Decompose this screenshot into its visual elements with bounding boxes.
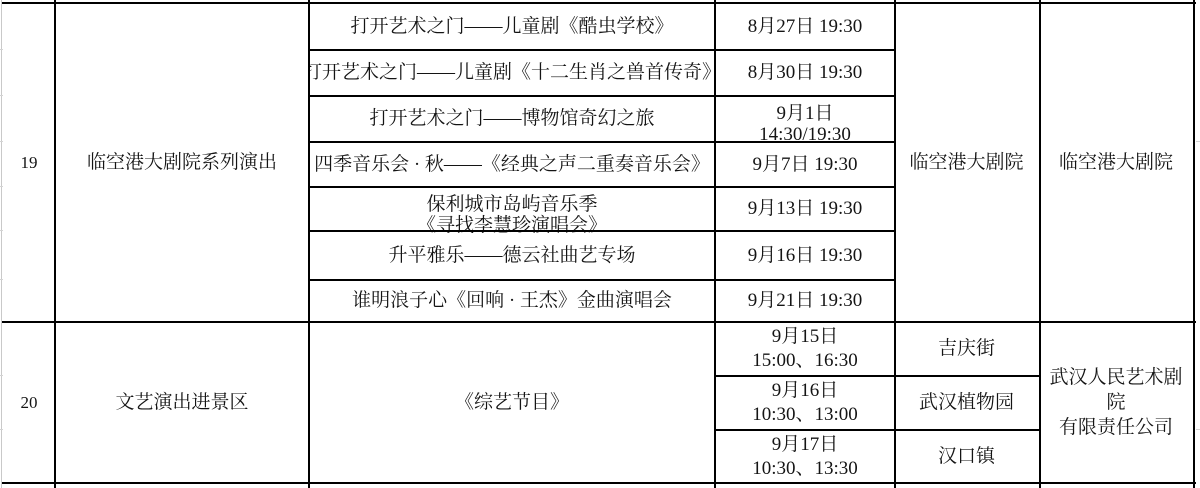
event-time-cell: 9月7日 19:30	[717, 143, 893, 186]
event-title: 升平雅乐——德云社曲艺专场	[388, 245, 635, 267]
table-border-vertical	[308, 0, 310, 488]
show-date: 9月15日	[772, 325, 839, 349]
venue-name: 临空港大剧院	[909, 152, 1023, 174]
series-name-cell: 临空港大剧院系列演出	[56, 4, 308, 321]
program-title-cell: 《综艺节目》	[310, 323, 714, 482]
row-number: 20	[21, 392, 38, 414]
event-title-cell: 四季音乐会 · 秋——《经典之声二重奏音乐会》	[310, 143, 714, 186]
event-row-divider	[308, 95, 896, 97]
show-times: 10:30、13:30	[752, 457, 858, 481]
event-title: 四季音乐会 · 秋——《经典之声二重奏音乐会》	[314, 154, 710, 176]
organizer-name: 临空港大剧院	[1059, 152, 1173, 174]
organizer-cell: 武汉人民艺术剧院 有限责任公司	[1041, 323, 1191, 482]
sheet-grid-tick	[0, 141, 3, 142]
row-number-cell: 19	[4, 4, 54, 321]
event-title-cell: 打开艺术之门——儿童剧《十二生肖之兽首传奇》	[310, 51, 714, 95]
show-venue-cell: 吉庆街	[896, 323, 1037, 375]
sheet-grid-tick	[0, 279, 3, 280]
table-border-bottom	[2, 482, 1196, 484]
show-venue-cell: 武汉植物园	[896, 377, 1037, 429]
sheet-grid-tick	[0, 95, 3, 96]
event-title-cell: 升平雅乐——德云社曲艺专场	[310, 232, 714, 279]
event-row-divider	[308, 279, 896, 281]
table-border-vertical	[1193, 0, 1195, 488]
event-row-divider	[308, 141, 896, 143]
event-row-divider	[308, 186, 896, 188]
show-times: 15:00、16:30	[752, 349, 858, 373]
event-row-divider	[308, 230, 896, 232]
series-name: 临空港大剧院系列演出	[87, 152, 277, 174]
organizer-cell: 临空港大剧院	[1041, 4, 1191, 321]
row-number: 19	[21, 152, 38, 174]
show-date: 9月17日	[772, 433, 839, 457]
event-time-cell: 9月13日 19:30	[717, 188, 893, 230]
event-time-cell: 8月27日 19:30	[717, 4, 893, 49]
program-title: 《综艺节目》	[455, 392, 569, 414]
organizer-name-line2: 有限责任公司	[1059, 415, 1173, 440]
event-title-cell: 打开艺术之门——儿童剧《酷虫学校》	[310, 4, 714, 49]
organizer-name-line1: 武汉人民艺术剧院	[1041, 365, 1191, 415]
show-date-cell: 9月16日 10:30、13:00	[717, 377, 893, 429]
event-title: 谁明浪子心《回响 · 王杰》金曲演唱会	[352, 290, 672, 312]
show-date-cell: 9月17日 10:30、13:30	[717, 431, 893, 482]
event-title-cell: 打开艺术之门——博物馆奇幻之旅	[310, 97, 714, 141]
event-time-cell: 9月16日 19:30	[717, 232, 893, 279]
event-time-cell: 9月1日 14:30/19:30	[717, 97, 893, 147]
show-date-cell: 9月15日 15:00、16:30	[717, 323, 893, 375]
event-time-cell: 8月30日 19:30	[717, 51, 893, 95]
event-title-line1: 保利城市岛屿音乐季	[310, 194, 714, 215]
table-border-top	[2, 2, 1196, 4]
table-border-vertical	[1039, 0, 1041, 488]
series-name: 文艺演出进景区	[115, 392, 248, 414]
schedule-table-page: { "colors": { "border": "#000000", "shee…	[0, 0, 1200, 488]
event-title: 打开艺术之门——博物馆奇幻之旅	[369, 108, 654, 130]
sheet-grid-tick	[0, 49, 3, 50]
event-time: 9月7日 19:30	[752, 154, 857, 176]
series-name-cell: 文艺演出进景区	[56, 323, 308, 482]
table-border-vertical	[894, 0, 896, 488]
section-divider	[2, 321, 1196, 323]
event-time: 9月13日 19:30	[748, 198, 863, 220]
event-time-cell: 9月21日 19:30	[717, 281, 893, 321]
event-time: 8月27日 19:30	[748, 16, 863, 38]
sheet-gridline-left	[1, 0, 2, 488]
sheet-grid-tick	[0, 429, 3, 430]
event-title: 打开艺术之门——儿童剧《酷虫学校》	[350, 16, 673, 38]
event-time-line1: 9月1日	[717, 103, 893, 124]
show-venue: 武汉植物园	[919, 392, 1014, 414]
show-venue: 汉口镇	[938, 446, 995, 468]
sheet-grid-tick	[0, 375, 3, 376]
event-time: 9月21日 19:30	[748, 290, 863, 312]
sheet-grid-tick	[0, 186, 3, 187]
show-row-divider	[714, 375, 1041, 377]
show-row-divider	[714, 429, 1041, 431]
sheet-grid-tick	[1196, 429, 1200, 430]
show-times: 10:30、13:00	[752, 403, 858, 427]
table-border-vertical	[54, 0, 56, 488]
row-number-cell: 20	[4, 323, 54, 482]
event-title-cell: 谁明浪子心《回响 · 王杰》金曲演唱会	[310, 281, 714, 321]
sheet-grid-tick	[0, 230, 3, 231]
show-venue: 吉庆街	[938, 338, 995, 360]
event-row-divider	[308, 49, 896, 51]
sheet-grid-tick	[1196, 141, 1200, 142]
event-title: 打开艺术之门——儿童剧《十二生肖之兽首传奇》	[310, 62, 714, 84]
show-date: 9月16日	[772, 379, 839, 403]
venue-cell: 临空港大剧院	[896, 4, 1037, 321]
event-time: 8月30日 19:30	[748, 62, 863, 84]
event-title-cell: 保利城市岛屿音乐季 《寻找李慧珍演唱会》	[310, 188, 714, 236]
show-venue-cell: 汉口镇	[896, 431, 1037, 482]
event-time: 9月16日 19:30	[748, 245, 863, 267]
table-border-vertical	[714, 0, 716, 488]
